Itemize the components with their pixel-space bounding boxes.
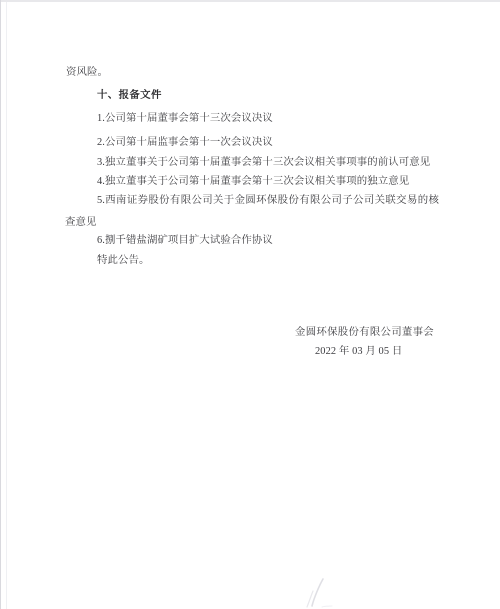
list-item-6: 6.捌千错盐湖矿项目扩大试验合作协议 <box>65 230 439 252</box>
list-item-1: 1.公司第十届董事会第十三次会议决议 <box>65 108 439 130</box>
intro-continuation-line: 资风险。 <box>66 62 108 84</box>
scan-smudge-artifact <box>298 576 342 609</box>
list-item-2: 2.公司第十届监事会第十一次会议决议 <box>65 132 439 154</box>
closing-statement: 特此公告。 <box>97 250 149 272</box>
section-heading: 十、报备文件 <box>97 85 162 107</box>
scan-edge-left-inner <box>6 2 7 609</box>
signature-date: 2022 年 03 月 05 日 <box>315 341 402 363</box>
document-page: 资风险。 十、报备文件 1.公司第十届董事会第十三次会议决议 2.公司第十届监事… <box>0 0 500 609</box>
scan-edge-left-outer <box>0 0 1 609</box>
scan-edge-top <box>0 0 500 2</box>
list-item-5: 5.西南证券股份有限公司关于金圆环保股份有限公司子公司关联交易的核查意见 <box>65 190 439 233</box>
